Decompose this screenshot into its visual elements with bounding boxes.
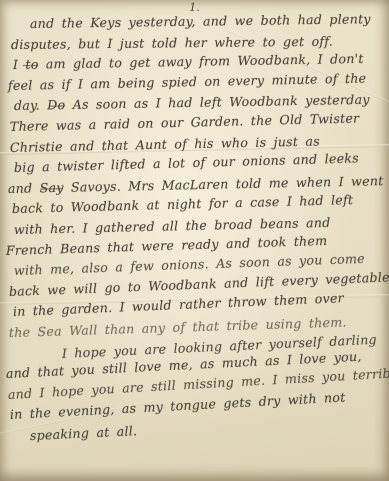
letter-body: and the Keys yesterday, and we both had …: [0, 16, 389, 448]
letter-page: 1. and the Keys yesterday, and we both h…: [0, 0, 389, 481]
